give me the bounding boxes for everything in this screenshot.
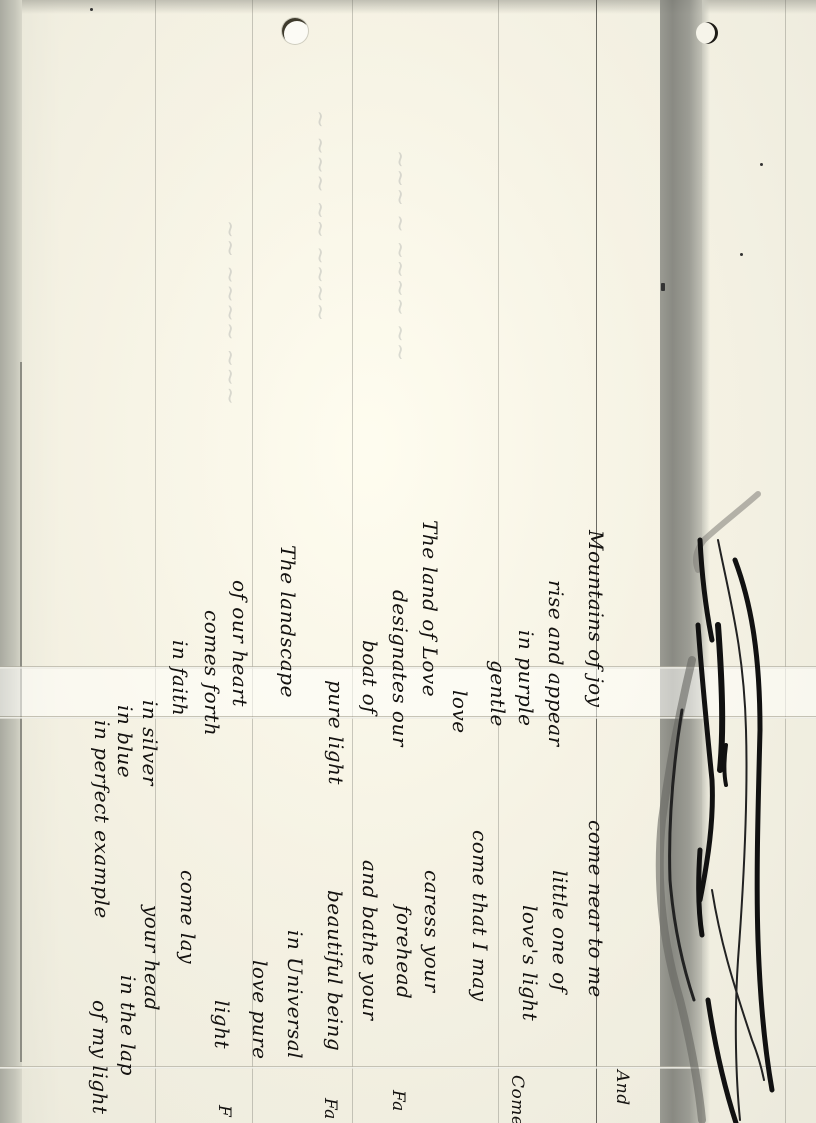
poem-line: in Universal bbox=[285, 930, 305, 1059]
poem-line: little one of bbox=[550, 870, 570, 993]
ink-speck bbox=[661, 283, 665, 291]
show-through-text: ~ ~~~ ~~ ~~~~ bbox=[308, 110, 330, 322]
poem-line: your head bbox=[142, 905, 162, 1011]
ink-speck bbox=[90, 8, 93, 11]
poem-line: The land of Love bbox=[420, 520, 440, 697]
poem-line: Mountains of joy bbox=[586, 530, 606, 707]
poem-line: boat of bbox=[360, 640, 380, 714]
punch-hole bbox=[696, 22, 718, 44]
poem-line: love's light bbox=[520, 905, 540, 1021]
poem-line: love pure bbox=[250, 960, 270, 1060]
ink-speck bbox=[760, 163, 763, 166]
ruled-line bbox=[352, 0, 353, 1123]
poem-line: love bbox=[450, 690, 470, 734]
poem-line: forehead bbox=[394, 905, 414, 999]
poem-line: and bathe your bbox=[360, 860, 380, 1021]
poem-line: come near to me bbox=[586, 820, 606, 998]
poem-line: in purple bbox=[516, 630, 536, 726]
edge-fragment: F bbox=[215, 1105, 232, 1117]
poem-line: of our heart bbox=[230, 580, 250, 707]
poem-line: in faith bbox=[170, 640, 190, 716]
poem-line: in silver bbox=[140, 700, 160, 786]
poem-line: come lay bbox=[178, 870, 198, 964]
poem-line: pure light bbox=[326, 680, 346, 785]
show-through-text: ~~ ~~~~ ~~~ bbox=[218, 220, 240, 405]
poem-line: gentle bbox=[488, 660, 508, 727]
poem-line: rise and appear bbox=[546, 580, 566, 747]
ink-speck bbox=[740, 253, 743, 256]
poem-line: caress your bbox=[422, 870, 442, 993]
show-through-text: ~~~ ~ ~~~~ ~~ bbox=[388, 150, 410, 362]
poem-line: designates our bbox=[390, 590, 410, 747]
poem-line: of my light bbox=[90, 1000, 110, 1114]
edge-fragment: Come bbox=[508, 1075, 525, 1123]
edge-fragment: Fa bbox=[321, 1098, 338, 1120]
poem-line: beautiful being bbox=[325, 890, 345, 1051]
poem-line: comes forth bbox=[202, 610, 222, 736]
ruled-line bbox=[498, 0, 499, 1123]
poem-line: come that I may bbox=[470, 830, 490, 1002]
scan-shadow-left bbox=[0, 0, 22, 1123]
poem-line: light bbox=[212, 1000, 232, 1049]
poem-line: The landscape bbox=[278, 545, 298, 698]
poem-line: in perfect example bbox=[92, 720, 112, 919]
manuscript-page: ~ ~~~ ~~ ~~~~ ~~~ ~ ~~~~ ~~ ~~ ~~~~ ~~~ … bbox=[0, 0, 816, 1123]
ruled-line bbox=[252, 0, 253, 1123]
edge-fragment: And bbox=[613, 1070, 630, 1106]
brush-drawing bbox=[640, 480, 816, 1123]
poem-line: in the lap bbox=[118, 975, 138, 1076]
edge-fragment: Fa bbox=[389, 1090, 406, 1112]
poem-line: in blue bbox=[115, 705, 135, 778]
punch-hole bbox=[282, 18, 308, 44]
